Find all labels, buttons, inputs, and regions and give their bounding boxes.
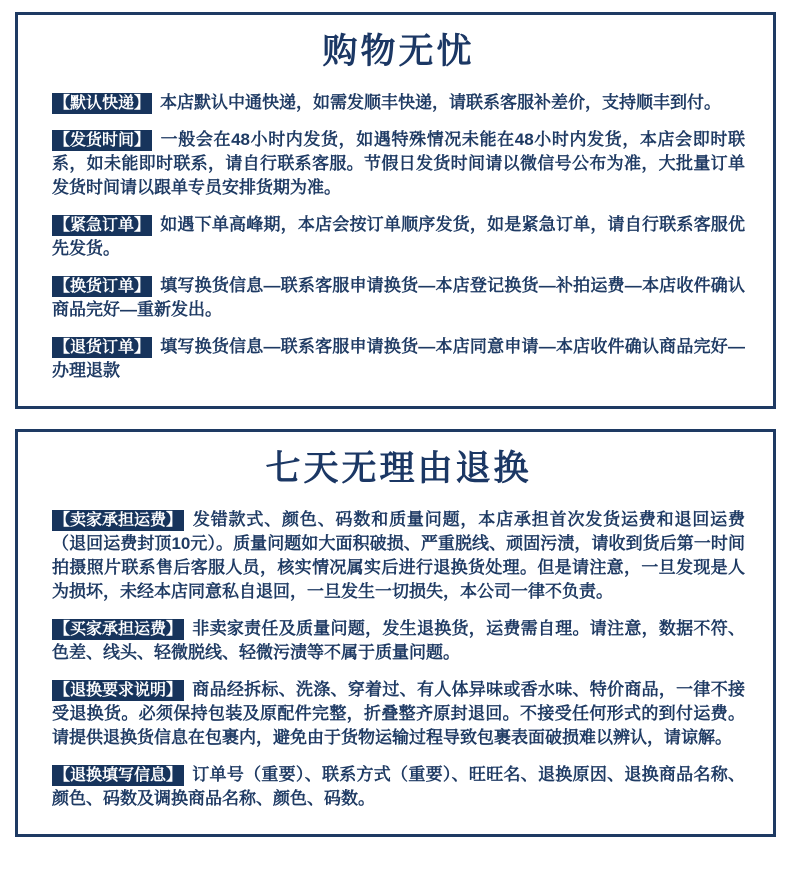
section-title-seven-day-return: 七天无理由退换	[52, 448, 745, 490]
policy-label-badge: 【紧急订单】	[52, 215, 152, 236]
policy-label-badge: 【发货时间】	[52, 130, 152, 151]
policy-label-badge: 【卖家承担运费】	[52, 510, 184, 531]
policy-item-default-courier: 【默认快递】本店默认中通快递，如需发顺丰快递，请联系客服补差价，支持顺丰到付。	[52, 91, 745, 115]
policy-item-shipping-time: 【发货时间】一般会在48小时内发货，如遇特殊情况未能在48小时内发货，本店会即时…	[52, 128, 745, 200]
policy-label-badge: 【买家承担运费】	[52, 619, 184, 640]
policy-label-badge: 【退换填写信息】	[52, 765, 184, 786]
policy-text: 一般会在48小时内发货，如遇特殊情况未能在48小时内发货，本店会即时联系，如未能…	[52, 130, 745, 197]
policy-box-seven-day-return: 七天无理由退换 【卖家承担运费】发错款式、颜色、码数和质量问题，本店承担首次发货…	[15, 429, 776, 837]
section-title-shopping-worry-free: 购物无忧	[52, 31, 745, 73]
policy-text: 填写换货信息—联系客服申请换货—本店同意申请—本店收件确认商品完好—办理退款	[52, 337, 745, 380]
policy-item-seller-pays-shipping: 【卖家承担运费】发错款式、颜色、码数和质量问题，本店承担首次发货运费和退回运费（…	[52, 508, 745, 604]
policy-item-return-info-to-fill: 【退换填写信息】订单号（重要）、联系方式（重要）、旺旺名、退换原因、退换商品名称…	[52, 763, 745, 811]
policy-text: 如遇下单高峰期，本店会按订单顺序发货，如是紧急订单，请自行联系客服优先发货。	[52, 215, 745, 258]
policy-item-return-order: 【退货订单】填写换货信息—联系客服申请换货—本店同意申请—本店收件确认商品完好—…	[52, 335, 745, 383]
policy-item-return-requirements: 【退换要求说明】商品经拆标、洗涤、穿着过、有人体异味或香水味、特价商品，一律不接…	[52, 678, 745, 750]
policy-item-exchange-order: 【换货订单】填写换货信息—联系客服申请换货—本店登记换货—补拍运费—本店收件确认…	[52, 274, 745, 322]
policy-text: 本店默认中通快递，如需发顺丰快递，请联系客服补差价，支持顺丰到付。	[160, 93, 721, 112]
policy-item-urgent-order: 【紧急订单】如遇下单高峰期，本店会按订单顺序发货，如是紧急订单，请自行联系客服优…	[52, 213, 745, 261]
policy-label-badge: 【默认快递】	[52, 93, 152, 114]
policy-box-shopping-worry-free: 购物无忧 【默认快递】本店默认中通快递，如需发顺丰快递，请联系客服补差价，支持顺…	[15, 12, 776, 409]
policy-text: 填写换货信息—联系客服申请换货—本店登记换货—补拍运费—本店收件确认商品完好—重…	[52, 276, 745, 319]
policy-label-badge: 【换货订单】	[52, 276, 152, 297]
policy-label-badge: 【退货订单】	[52, 337, 152, 358]
policy-label-badge: 【退换要求说明】	[52, 680, 184, 701]
policy-item-buyer-pays-shipping: 【买家承担运费】非卖家责任及质量问题，发生退换货，运费需自理。请注意，数据不符、…	[52, 617, 745, 665]
page: 购物无忧 【默认快递】本店默认中通快递，如需发顺丰快递，请联系客服补差价，支持顺…	[0, 0, 800, 874]
